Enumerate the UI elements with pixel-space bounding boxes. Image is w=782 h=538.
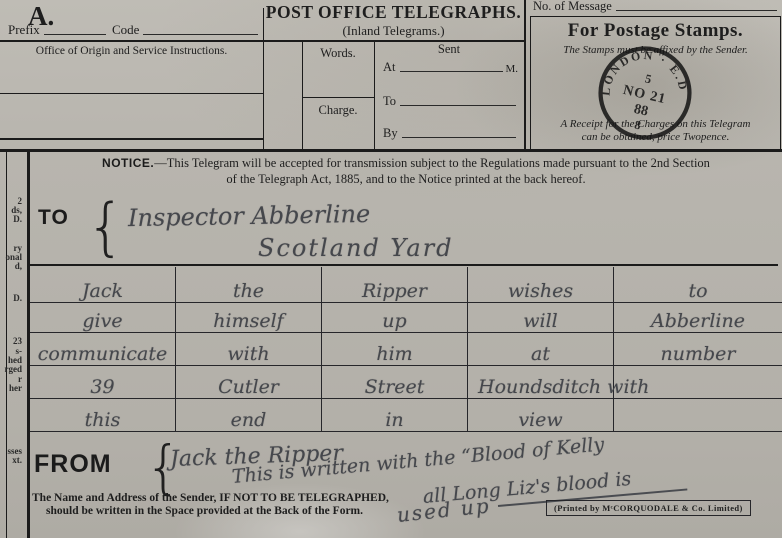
message-cell: Ripper bbox=[322, 267, 468, 303]
margin-fragment: D. bbox=[13, 293, 22, 303]
sender-note-line-1: The Name and Address of the Sender, IF N… bbox=[32, 492, 389, 504]
sender-note-line-2: should be written in the Space provided … bbox=[46, 505, 363, 517]
form-title: POST OFFICE TELEGRAPHS. bbox=[263, 2, 524, 23]
sent-by-label: By bbox=[383, 126, 398, 141]
message-row: Jack the Ripper wishes to bbox=[30, 267, 782, 303]
origin-rule-2 bbox=[0, 138, 263, 140]
divider bbox=[0, 149, 782, 152]
message-cell: him bbox=[322, 333, 468, 366]
message-cell: Cutler bbox=[176, 366, 322, 399]
message-cell: view bbox=[468, 399, 614, 432]
message-cell: communicate bbox=[30, 333, 176, 366]
from-label: FROM bbox=[34, 450, 112, 479]
message-number-blank-line bbox=[616, 10, 777, 11]
message-cell: Houndsditch with bbox=[468, 366, 614, 399]
sent-to-label: To bbox=[383, 94, 396, 109]
message-number-label: No. of Message bbox=[533, 0, 612, 14]
margin-fragment: rged bbox=[5, 364, 23, 374]
telegram-form-scan: A. Prefix Code Office of Origin and Serv… bbox=[0, 0, 782, 538]
recipient-name: Inspector Abberline bbox=[128, 200, 371, 232]
margin-fragment: D. bbox=[13, 214, 22, 224]
message-cell: at bbox=[468, 333, 614, 366]
margin-fragment: d, bbox=[15, 261, 22, 271]
message-cell: 39 bbox=[30, 366, 176, 399]
to-underline bbox=[30, 264, 778, 266]
message-cell: wishes bbox=[468, 267, 614, 303]
message-cell: number bbox=[614, 333, 782, 366]
margin-fragment: 23 bbox=[13, 336, 22, 346]
postscript-line-3: used up bbox=[396, 493, 492, 527]
message-grid: Jack the Ripper wishes to give himself u… bbox=[30, 267, 782, 432]
code-blank-line bbox=[143, 34, 258, 35]
postmark-year: 88 bbox=[632, 101, 649, 120]
sent-by-blank-line bbox=[402, 137, 516, 138]
message-cell: up bbox=[322, 303, 468, 333]
notice-line-2: of the Telegraph Act, 1885, and to the N… bbox=[34, 172, 778, 187]
printer-credit: (Printed by MᶜCORQUODALE & Co. Limited) bbox=[546, 500, 751, 516]
message-row: this end in view bbox=[30, 399, 782, 432]
message-cell: the bbox=[176, 267, 322, 303]
postmark-time-code: 5 bbox=[644, 71, 653, 86]
message-cell: Street bbox=[322, 366, 468, 399]
notice-prefix: NOTICE. bbox=[102, 156, 154, 170]
message-cell: Jack bbox=[30, 267, 176, 303]
to-brace: { bbox=[86, 196, 125, 258]
sent-at-label: At bbox=[383, 60, 396, 75]
charge-label: Charge. bbox=[302, 103, 374, 118]
margin-fragment: xt. bbox=[12, 455, 22, 465]
sent-at-suffix: M. bbox=[505, 63, 518, 75]
recipient-address: Scotland Yard bbox=[258, 234, 454, 262]
message-cell: will bbox=[468, 303, 614, 333]
sent-at-blank-line bbox=[400, 71, 504, 72]
message-cell: to bbox=[614, 267, 782, 303]
code-label: Code bbox=[112, 22, 139, 38]
message-cell: himself bbox=[176, 303, 322, 333]
message-cell: this bbox=[30, 399, 176, 432]
message-row: communicate with him at number bbox=[30, 333, 782, 366]
to-label: TO bbox=[38, 206, 69, 230]
origin-rule-1 bbox=[0, 93, 263, 94]
message-cell: Abberline bbox=[614, 303, 782, 333]
message-row: 39 Cutler Street Houndsditch with bbox=[30, 366, 782, 399]
divider bbox=[524, 0, 526, 150]
divider bbox=[302, 97, 374, 98]
message-cell: end bbox=[176, 399, 322, 432]
words-label: Words. bbox=[302, 46, 374, 61]
postage-stamps-box: For Postage Stamps. The Stamps must be a… bbox=[530, 16, 781, 150]
prefix-blank-line bbox=[44, 34, 106, 35]
postmark-index: 8 bbox=[633, 118, 642, 133]
sent-to-blank-line bbox=[400, 105, 516, 106]
form-subtitle: (Inland Telegrams.) bbox=[263, 23, 524, 39]
message-row: give himself up will Abberline bbox=[30, 303, 782, 333]
message-cell: give bbox=[30, 303, 176, 333]
sent-header: Sent bbox=[374, 42, 524, 57]
postage-stamps-title: For Postage Stamps. bbox=[531, 20, 780, 42]
left-margin-strip: 2 ds, D. ry onal d, D. 23 s- hed rged r … bbox=[0, 0, 26, 538]
message-cell bbox=[614, 399, 782, 432]
message-cell: in bbox=[322, 399, 468, 432]
message-cell: with bbox=[176, 333, 322, 366]
margin-fragment: her bbox=[9, 383, 22, 393]
notice-line-1: NOTICE.—This Telegram will be accepted f… bbox=[34, 156, 778, 171]
divider bbox=[0, 40, 263, 42]
origin-box-label: Office of Origin and Service Instruction… bbox=[0, 45, 263, 57]
